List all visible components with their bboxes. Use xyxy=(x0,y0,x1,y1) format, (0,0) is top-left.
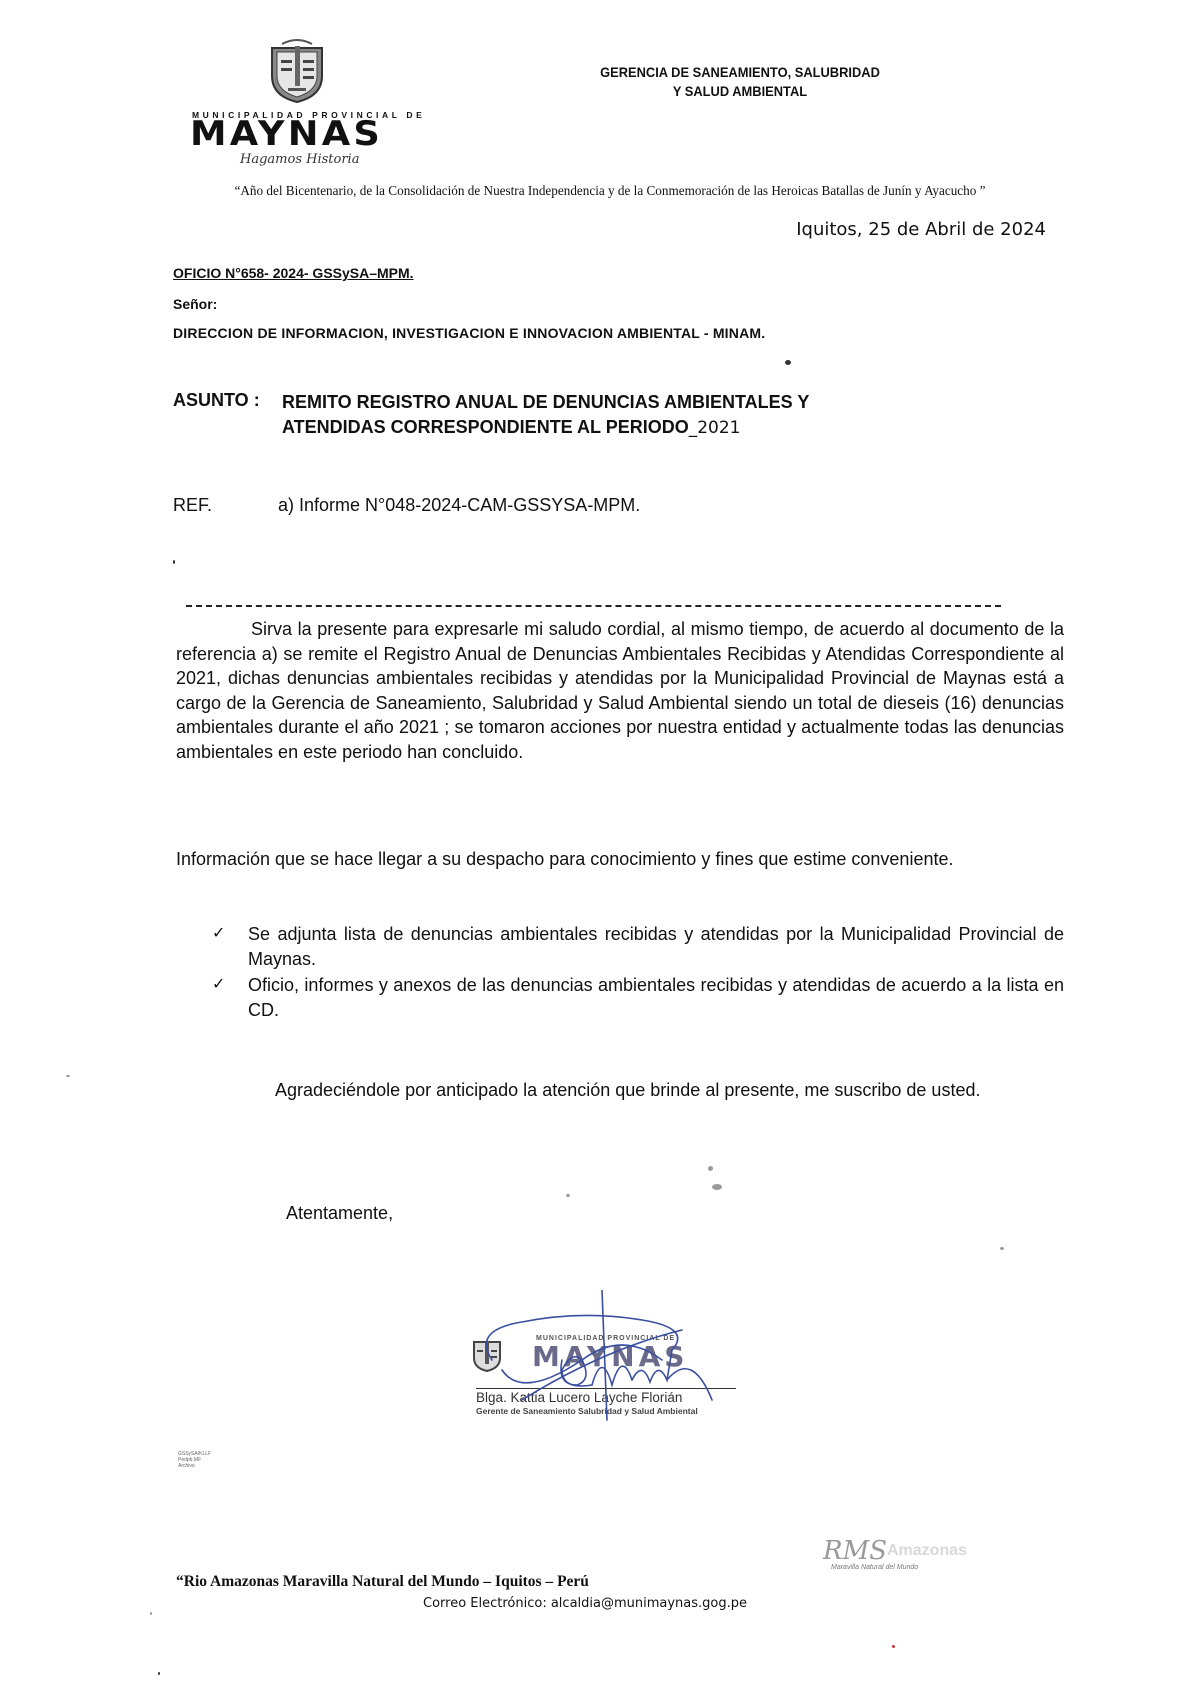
handwritten-year: _2021 xyxy=(689,418,741,438)
department-heading: GERENCIA DE SANEAMIENTO, SALUBRIDAD Y SA… xyxy=(556,63,924,101)
department-line-2: Y SALUD AMBIENTAL xyxy=(556,82,924,101)
department-line-1: GERENCIA DE SANEAMIENTO, SALUBRIDAD xyxy=(556,63,924,82)
logo-wordmark: MAYNAS xyxy=(190,114,383,154)
rms-tagline: Maravilla Natural del Mundo xyxy=(831,1564,918,1571)
signature-line xyxy=(476,1388,736,1389)
ref-label: REF. xyxy=(173,495,212,516)
signature-stamp: MUNICIPALIDAD PROVINCIAL DE MAYNAS Blga.… xyxy=(462,1310,762,1420)
stamp-wordmark: MAYNAS xyxy=(532,1340,688,1373)
attachment-item: ✓ Oficio, informes y anexos de las denun… xyxy=(210,973,1064,1022)
attachment-item: ✓ Se adjunta lista de denuncias ambienta… xyxy=(210,922,1064,971)
subject-line-1: REMITO REGISTRO ANUAL DE DENUNCIAS AMBIE… xyxy=(282,390,962,415)
email-address[interactable]: alcaldia@munimaynas.gog.pe xyxy=(551,1596,747,1611)
footer-motto: “Rio Amazonas Maravilla Natural del Mund… xyxy=(176,1573,589,1591)
body-paragraph: Sirva la presente para expresarle mi sal… xyxy=(176,617,1064,764)
footer-email-line: Correo Electrónico: alcaldia@munimaynas.… xyxy=(423,1596,747,1611)
place-date: Iquitos, 25 de Abril de 2024 xyxy=(796,219,1046,240)
logo-slogan: Hagamos Historia xyxy=(240,152,359,167)
addressee: DIRECCION DE INFORMACION, INVESTIGACION … xyxy=(173,325,765,341)
attachments-list: ✓ Se adjunta lista de denuncias ambienta… xyxy=(210,922,1064,1024)
subject-text: REMITO REGISTRO ANUAL DE DENUNCIAS AMBIE… xyxy=(282,390,962,441)
dashed-divider xyxy=(186,605,1001,607)
year-motto: “Año del Bicentenario, de la Consolidaci… xyxy=(180,181,1040,200)
info-paragraph: Información que se hace llegar a su desp… xyxy=(176,847,1064,872)
email-label: Correo Electrónico: xyxy=(423,1596,547,1611)
check-mark-icon: ✓ xyxy=(212,922,225,947)
municipal-crest-icon xyxy=(268,36,326,104)
rms-word: Amazonas xyxy=(887,1542,967,1560)
check-mark-icon: ✓ xyxy=(212,973,225,998)
municipality-logo: MUNICIPALIDAD PROVINCIAL DE MAYNAS Hagam… xyxy=(190,28,420,168)
closing-paragraph: Agradeciéndole por anticipado la atenció… xyxy=(176,1078,1064,1103)
ref-text: a) Informe N°048-2024-CAM-GSSYSA-MPM. xyxy=(278,495,640,516)
salutation: Señor: xyxy=(173,296,217,312)
signer-name: Blga. Kattia Lucero Layche Florián xyxy=(476,1390,682,1405)
sign-off: Atentamente, xyxy=(286,1203,393,1224)
rms-script: RMS xyxy=(823,1536,887,1566)
initials-block: GSSySA/KLLF Pedpb.MF Archivo xyxy=(178,1451,211,1469)
reference-number: OFICIO N°658- 2024- GSSySA–MPM. xyxy=(173,265,414,281)
rms-amazonas-logo: RMS Amazonas Maravilla Natural del Mundo xyxy=(823,1536,993,1580)
subject-label: ASUNTO : xyxy=(173,390,260,411)
subject-line-2: ATENDIDAS CORRESPONDIENTE AL PERIODO_202… xyxy=(282,415,962,441)
municipal-crest-icon xyxy=(472,1338,502,1372)
signer-role: Gerente de Saneamiento Salubridad y Salu… xyxy=(476,1406,698,1416)
